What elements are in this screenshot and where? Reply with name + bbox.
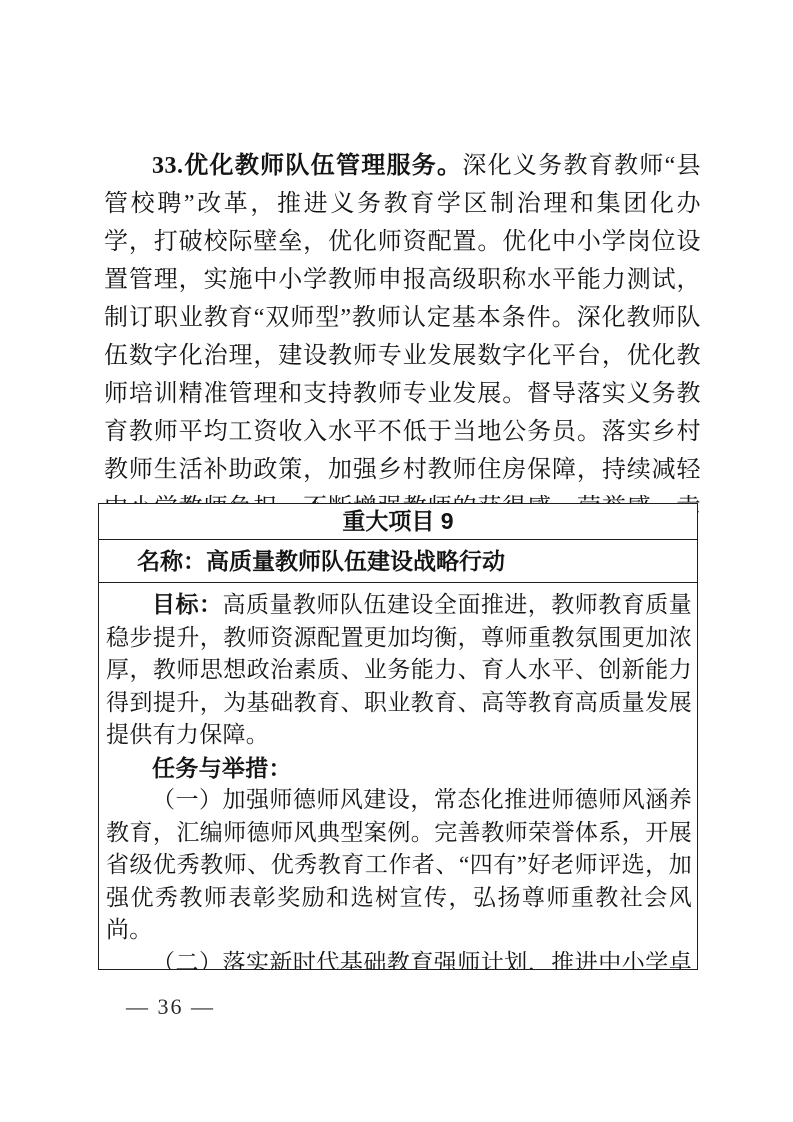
project-task-item: （一）加强师德师风建设，常态化推进师德师风涵养教育，汇编师德师风典型案例。完善教… — [106, 784, 692, 947]
project-task-item: （二）落实新时代基础教育强师计划，推进中小学卓越校长、学科领军教师培养计划，推进… — [106, 947, 692, 970]
document-page: 33.优化教师队伍管理服务。深化义务教育教师“县管校聘”改革，推进义务教育学区制… — [0, 0, 793, 1122]
project-table-header: 重大项目 9 — [99, 504, 697, 540]
paragraph-33-lead: 33.优化教师队伍管理服务。 — [152, 153, 462, 179]
project-table-body: 目标：高质量教师队伍建设全面推进，教师教育质量稳步提升，教师资源配置更加均衡，尊… — [99, 583, 697, 969]
project-goal-label: 目标： — [152, 591, 222, 617]
project-goal: 目标：高质量教师队伍建设全面推进，教师教育质量稳步提升，教师资源配置更加均衡，尊… — [106, 588, 692, 752]
project-name-row: 名称：高质量教师队伍建设战略行动 — [99, 540, 697, 583]
major-project-table: 重大项目 9 名称：高质量教师队伍建设战略行动 目标：高质量教师队伍建设全面推进… — [98, 503, 698, 970]
project-tasks-label: 任务与举措： — [106, 752, 692, 785]
page-number: — 36 — — [126, 994, 215, 1020]
paragraph-33-body: 深化义务教育教师“县管校聘”改革，推进义务教育学区制治理和集团化办学，打破校际壁… — [104, 153, 701, 559]
